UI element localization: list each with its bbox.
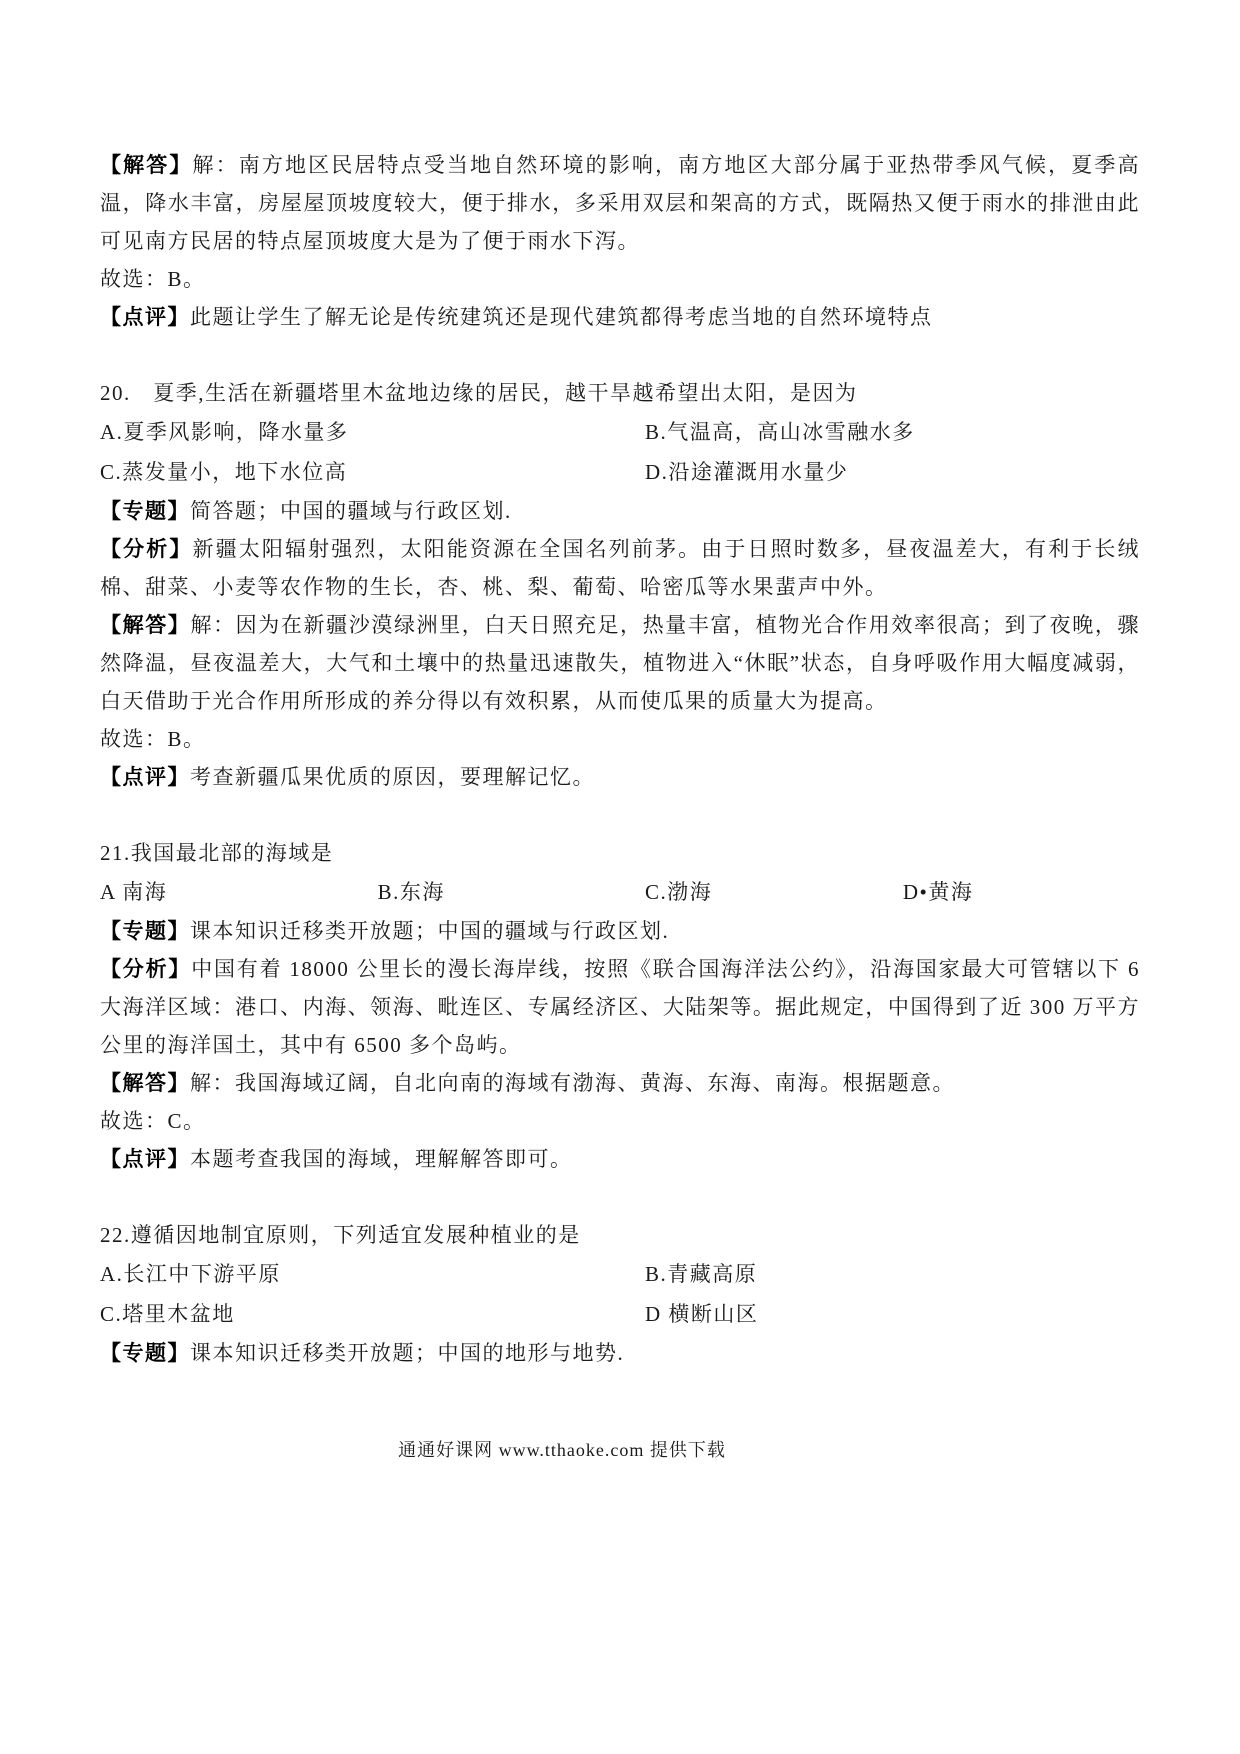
q20-analysis-paragraph: 【分析】新疆太阳辐射强烈，太阳能资源在全国名列前茅。由于日照时数多，昼夜温差大，…	[100, 530, 1140, 606]
answer-label: 【解答】	[100, 1071, 190, 1095]
question-20-block: 20. 夏季,生活在新疆塔里木盆地边缘的居民，越干旱越希望出太阳，是因为 A.夏…	[100, 374, 1140, 796]
q20-option-c: C.蒸发量小，地下水位高	[100, 452, 645, 492]
q19-comment-paragraph: 【点评】此题让学生了解无论是传统建筑还是现代建筑都得考虑当地的自然环境特点	[100, 298, 1140, 336]
q21-option-d: D•黄海	[903, 872, 1140, 912]
q22-option-b: B.青藏高原	[645, 1254, 1140, 1294]
document-page: 【解答】解：南方地区民居特点受当地自然环境的影响，南方地区大部分属于亚热带季风气…	[0, 0, 1240, 1754]
q21-answer-text: 解：我国海域辽阔，自北向南的海域有渤海、黄海、东海、南海。根据题意。	[190, 1071, 955, 1095]
q22-question: 22.遵循因地制宜原则，下列适宜发展种植业的是	[100, 1216, 1140, 1254]
comment-label: 【点评】	[100, 1147, 190, 1171]
q20-topic-text: 简答题；中国的疆域与行政区划.	[190, 499, 512, 523]
q20-answer-text: 解：因为在新疆沙漠绿洲里，白天日照充足，热量丰富，植物光合作用效率很高；到了夜晚…	[100, 613, 1140, 713]
q20-topic-paragraph: 【专题】简答题；中国的疆域与行政区划.	[100, 492, 1140, 530]
q20-options-row-2: C.蒸发量小，地下水位高D.沿途灌溉用水量少	[100, 452, 1140, 492]
q20-answer-paragraph: 【解答】解：因为在新疆沙漠绿洲里，白天日照充足，热量丰富，植物光合作用效率很高；…	[100, 606, 1140, 720]
q20-question: 20. 夏季,生活在新疆塔里木盆地边缘的居民，越干旱越希望出太阳，是因为	[100, 374, 1140, 412]
q20-comment-text: 考查新疆瓜果优质的原因，要理解记忆。	[190, 765, 595, 789]
answer-label: 【解答】	[100, 613, 190, 637]
document-content: 【解答】解：南方地区民居特点受当地自然环境的影响，南方地区大部分属于亚热带季风气…	[100, 146, 1140, 1372]
q22-option-c: C.塔里木盆地	[100, 1294, 645, 1334]
q21-analysis-text: 中国有着 18000 公里长的漫长海岸线，按照《联合国海洋法公约》，沿海国家最大…	[100, 957, 1140, 1057]
q19-answer-text: 解：南方地区民居特点受当地自然环境的影响，南方地区大部分属于亚热带季风气候，夏季…	[100, 153, 1140, 253]
q19-choice-line: 故选：B。	[100, 260, 1140, 298]
q22-topic-paragraph: 【专题】课本知识迁移类开放题；中国的地形与地势.	[100, 1334, 1140, 1372]
analysis-label: 【分析】	[100, 537, 193, 561]
q22-option-d: D 横断山区	[645, 1294, 1140, 1334]
comment-label: 【点评】	[100, 765, 190, 789]
q21-option-c: C.渤海	[645, 872, 903, 912]
q22-options-row-2: C.塔里木盆地D 横断山区	[100, 1294, 1140, 1334]
q20-option-d: D.沿途灌溉用水量少	[645, 452, 1140, 492]
q21-comment-paragraph: 【点评】本题考查我国的海域，理解解答即可。	[100, 1140, 1140, 1178]
q22-option-a: A.长江中下游平原	[100, 1254, 645, 1294]
q21-topic-text: 课本知识迁移类开放题；中国的疆域与行政区划.	[190, 919, 669, 943]
q21-analysis-paragraph: 【分析】中国有着 18000 公里长的漫长海岸线，按照《联合国海洋法公约》，沿海…	[100, 950, 1140, 1064]
q21-choice-line: 故选：C。	[100, 1102, 1140, 1140]
q21-options-row: A 南海B.东海C.渤海D•黄海	[100, 872, 1140, 912]
q19-answer-paragraph: 【解答】解：南方地区民居特点受当地自然环境的影响，南方地区大部分属于亚热带季风气…	[100, 146, 1140, 260]
q21-answer-paragraph: 【解答】解：我国海域辽阔，自北向南的海域有渤海、黄海、东海、南海。根据题意。	[100, 1064, 1140, 1102]
q21-question: 21.我国最北部的海域是	[100, 834, 1140, 872]
answer-label: 【解答】	[100, 153, 193, 177]
q20-option-b: B.气温高，高山冰雪融水多	[645, 412, 1140, 452]
analysis-label: 【分析】	[100, 957, 191, 981]
q19-comment-text: 此题让学生了解无论是传统建筑还是现代建筑都得考虑当地的自然环境特点	[190, 305, 933, 329]
q20-options-row-1: A.夏季风影响，降水量多B.气温高，高山冰雪融水多	[100, 412, 1140, 452]
q20-option-a: A.夏季风影响，降水量多	[100, 412, 645, 452]
q21-topic-paragraph: 【专题】课本知识迁移类开放题；中国的疆域与行政区划.	[100, 912, 1140, 950]
page-footer: 通通好课网 www.tthaoke.com 提供下载	[0, 1438, 1124, 1462]
q20-analysis-text: 新疆太阳辐射强烈，太阳能资源在全国名列前茅。由于日照时数多，昼夜温差大，有利于长…	[100, 537, 1140, 599]
q22-topic-text: 课本知识迁移类开放题；中国的地形与地势.	[190, 1341, 624, 1365]
comment-label: 【点评】	[100, 305, 190, 329]
q22-options-row-1: A.长江中下游平原B.青藏高原	[100, 1254, 1140, 1294]
q20-choice-line: 故选：B。	[100, 720, 1140, 758]
topic-label: 【专题】	[100, 499, 190, 523]
question-21-block: 21.我国最北部的海域是 A 南海B.东海C.渤海D•黄海 【专题】课本知识迁移…	[100, 834, 1140, 1178]
q20-comment-paragraph: 【点评】考查新疆瓜果优质的原因，要理解记忆。	[100, 758, 1140, 796]
question-22-block: 22.遵循因地制宜原则，下列适宜发展种植业的是 A.长江中下游平原B.青藏高原 …	[100, 1216, 1140, 1372]
q21-comment-text: 本题考查我国的海域，理解解答即可。	[190, 1147, 573, 1171]
q21-option-a: A 南海	[100, 872, 378, 912]
topic-label: 【专题】	[100, 919, 190, 943]
topic-label: 【专题】	[100, 1341, 190, 1365]
q21-option-b: B.东海	[378, 872, 645, 912]
